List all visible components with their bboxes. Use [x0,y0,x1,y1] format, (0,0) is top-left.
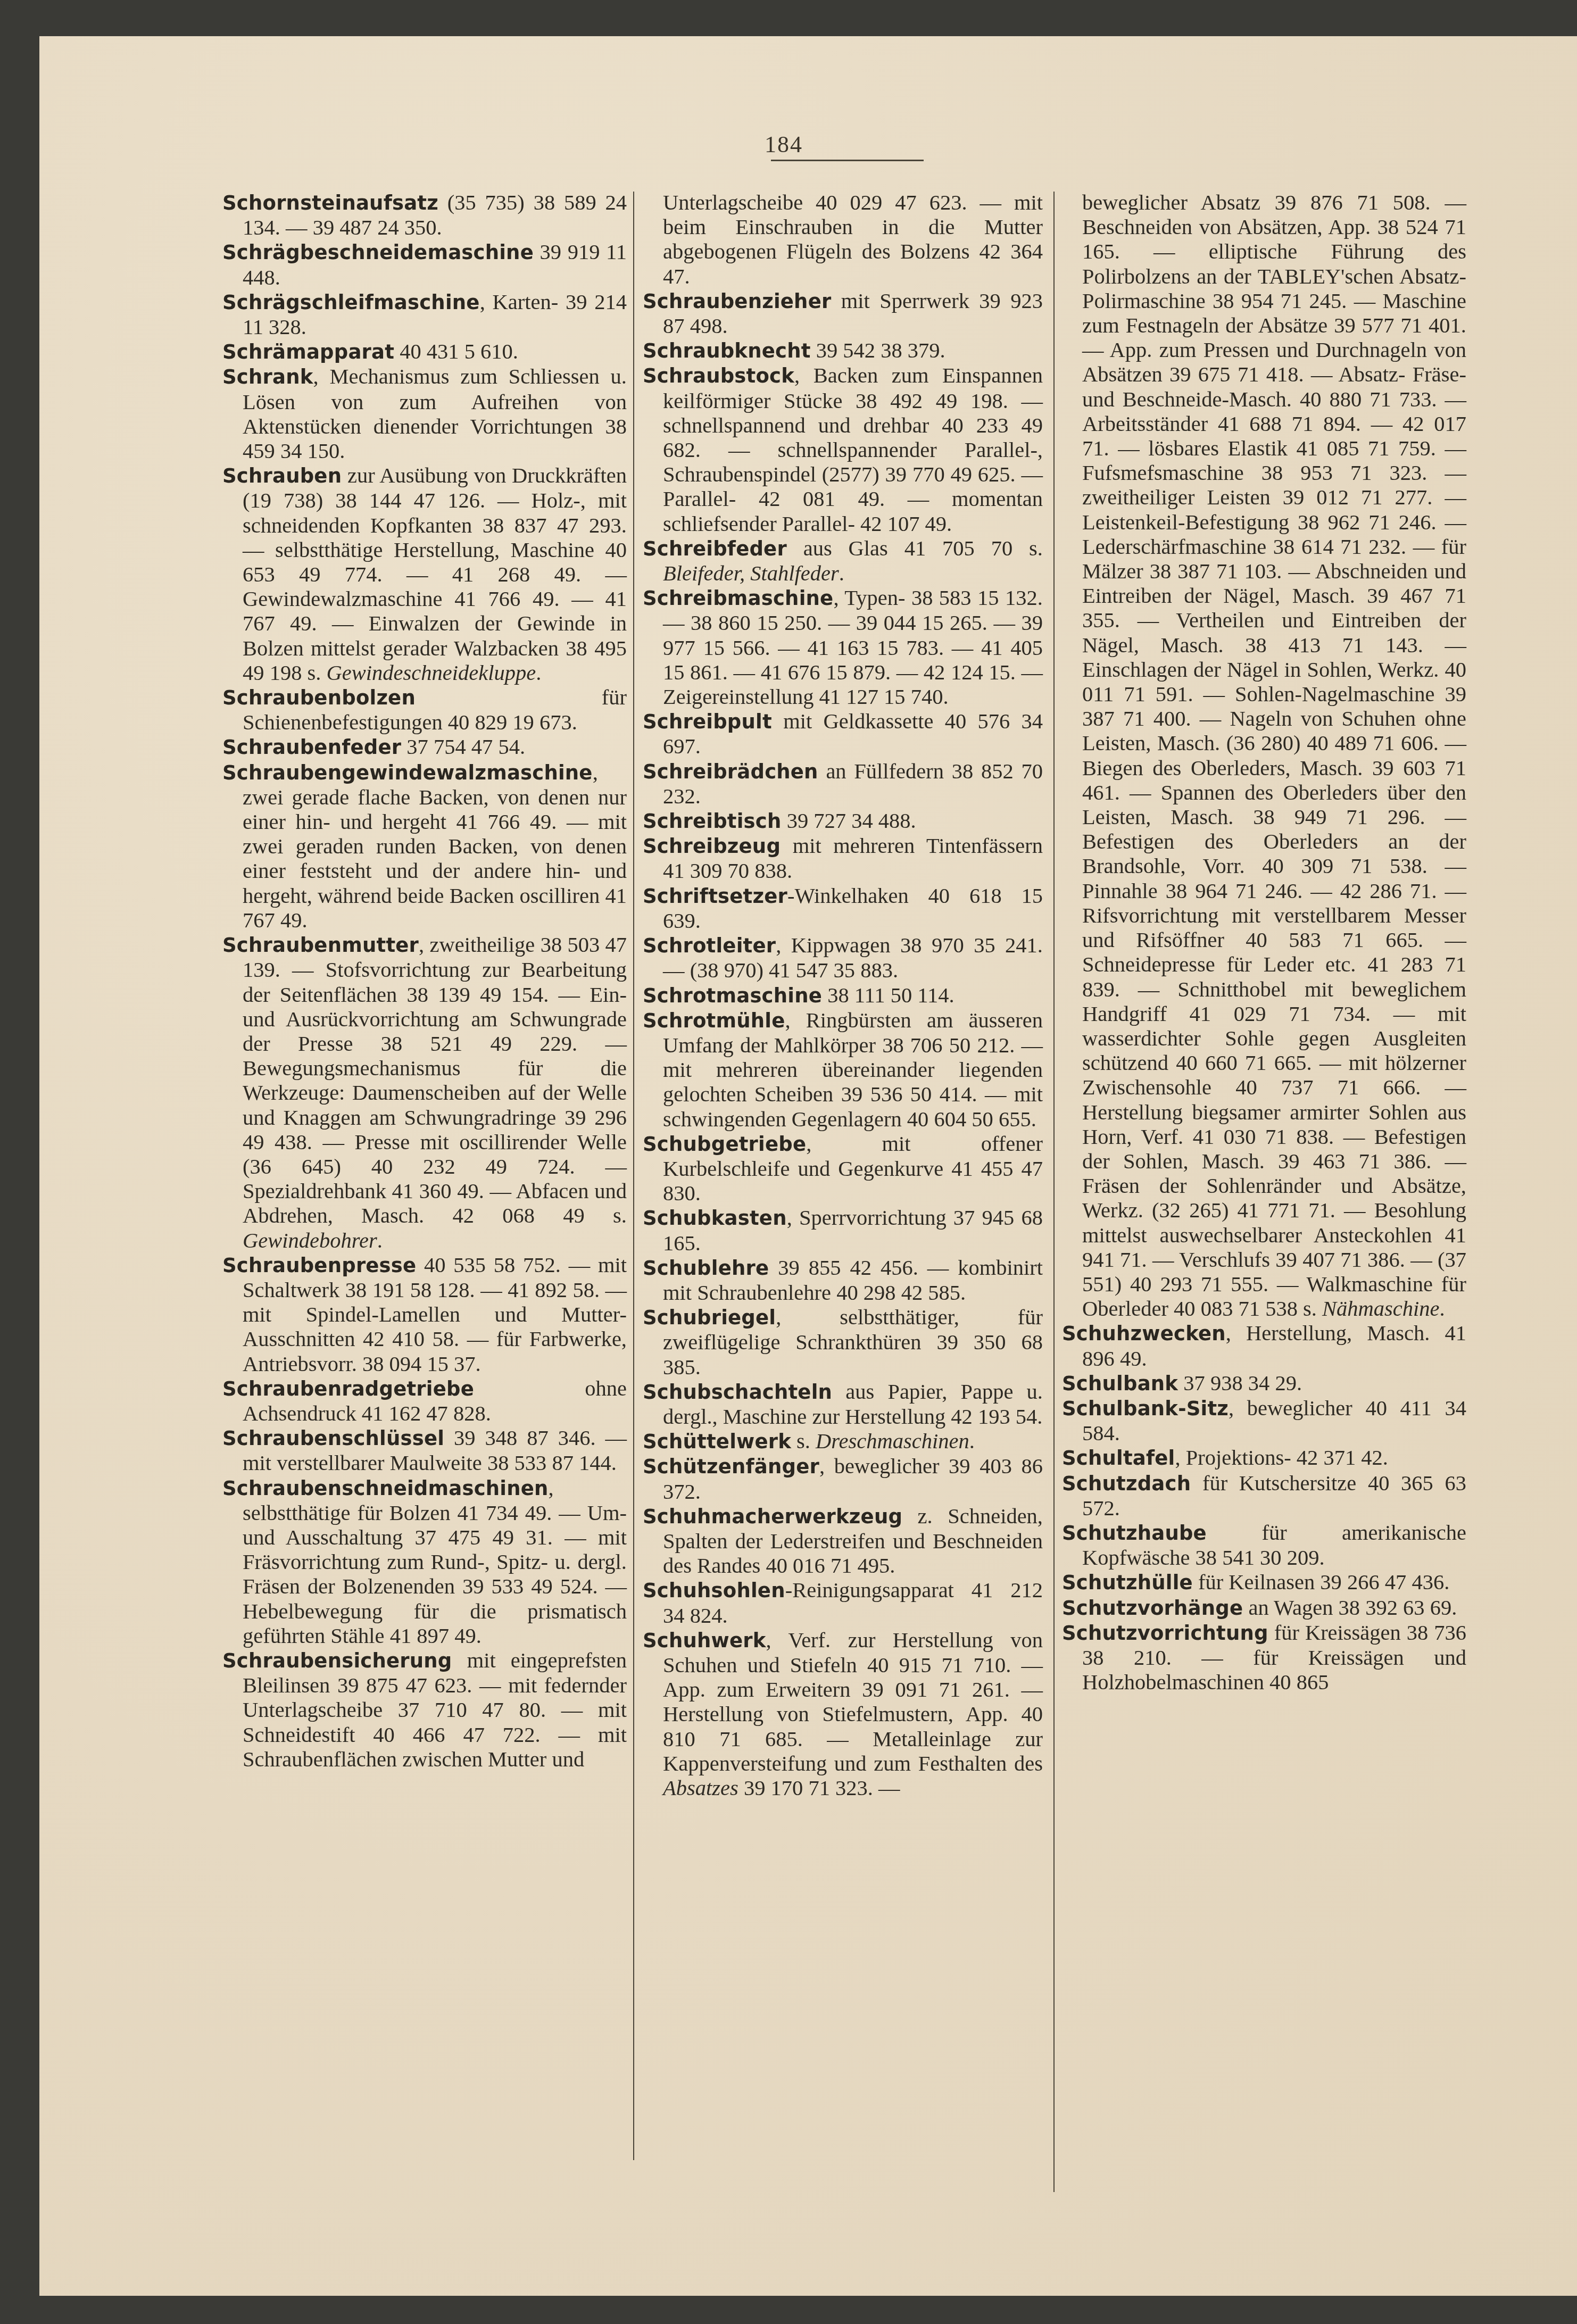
index-entry: Schublehre 39 855 42 456. — kombinirt mi… [643,1256,1043,1305]
index-entry: Schreibmaschine, Typen- 38 583 15 132. —… [643,586,1043,709]
entry-headword: Schulbank-Sitz [1062,1397,1229,1420]
entry-text: , zwei gerade flache Backen, von denen n… [243,760,627,932]
entry-text: 37 754 47 54. [401,735,525,759]
index-entry: Schreibtisch 39 727 34 488. [643,809,1043,834]
index-column-3: beweglicher Absatz 39 876 71 508. — Besc… [1062,190,1466,1695]
index-entry: Schraubenradgetriebe ohne Achsendruck 41… [222,1376,627,1426]
entry-text: , Backen zum Einspannen keilförmiger Stü… [663,363,1043,535]
index-entry: Schreibzeug mit mehreren Tintenfässern 4… [643,834,1043,883]
entry-headword: Schutzvorhänge [1062,1597,1243,1620]
index-entry: Schrämapparat 40 431 5 610. [222,339,627,364]
index-entry: Schultafel, Projektions- 42 371 42. [1062,1446,1466,1471]
page-number-text: 184 [765,131,803,157]
entry-headword: Schraubstock [643,364,794,387]
index-entry-continuation: Unterlagscheibe 40 029 47 623. — mit bei… [643,190,1043,289]
header-rule [771,160,924,161]
entry-headword: Schreibmaschine [643,587,833,610]
entry-headword: Schubgetriebe [643,1133,806,1156]
entry-headword: Schutzhaube [1062,1522,1207,1545]
index-entry: Schraubenschneidmaschinen, selbstthätige… [222,1476,627,1648]
index-column-1: Schornsteinaufsatz (35 735) 38 589 24 13… [222,190,627,1772]
index-entry: Schutzhaube für amerikanische Kopfwäsche… [1062,1521,1466,1570]
entry-headword: Schubkasten [643,1207,787,1230]
page-number: 184 [39,131,1577,158]
index-entry: Schrank, Mechanismus zum Schliessen u. L… [222,364,627,463]
index-entry: Schuhmacherwerkzeug z. Schneiden, Spalte… [643,1504,1043,1579]
entry-headword: Schubriegel [643,1306,776,1329]
entry-headword: Schuhwerk [643,1629,766,1652]
entry-headword: Schrotleiter [643,934,776,957]
index-entry: Schrotmaschine 38 111 50 114. [643,983,1043,1008]
index-entry: Schrägbeschneidemaschine 39 919 11 448. [222,240,627,289]
index-entry: Schüttelwerk s. Dreschmaschinen. [643,1429,1043,1454]
entry-headword: Schrauben [222,464,342,487]
entry-text: 37 938 34 29. [1178,1371,1302,1395]
entry-text: zur Ausübung von Druckkräften (19 738) 3… [243,463,627,685]
index-entry: Schrotmühle, Ringbürsten am äusseren Umf… [643,1008,1043,1132]
entry-headword: Schreibtisch [643,810,782,833]
index-entry: Schraubstock, Backen zum Einspannen keil… [643,363,1043,536]
index-entry-continuation: beweglicher Absatz 39 876 71 508. — Besc… [1062,190,1466,1321]
entry-headword: Schrank [222,366,313,388]
entry-tail: . [536,661,541,685]
entry-text: für Keilnasen 39 266 47 436. [1193,1570,1450,1594]
index-entry: Schuhwerk, Verf. zur Herstellung von Sch… [643,1628,1043,1800]
index-entry: Schutzdach für Kutschersitze 40 365 63 5… [1062,1471,1466,1521]
entry-text: 39 542 38 379. [811,338,945,362]
index-entry: Schubkasten, Sperrvorrichtung 37 945 68 … [643,1206,1043,1255]
entry-headword: Schraubenzieher [643,290,831,313]
entry-headword: Schutzhülle [1062,1571,1193,1594]
entry-headword: Schraubenmutter [222,934,419,957]
entry-text: , selbstthätige für Bolzen 41 734 49. — … [243,1476,627,1648]
entry-tail: . [1440,1297,1445,1321]
entry-tail: . [969,1429,975,1453]
index-entry: Schreibfeder aus Glas 41 705 70 s. Bleif… [643,536,1043,586]
entry-tail: . [377,1229,383,1252]
entry-text: s. [791,1429,816,1453]
entry-headword: Schraubengewindewalzmaschine [222,761,593,784]
entry-headword: Schraubenfeder [222,736,401,759]
entry-headword: Schuhsohlen [643,1579,785,1602]
index-entry: Schubgetriebe, mit offener Kurbelschleif… [643,1132,1043,1206]
column-divider [633,192,634,2160]
entry-text: Unterlagscheibe 40 029 47 623. — mit bei… [663,190,1043,288]
entry-headword: Schraubenschlüssel [222,1427,444,1450]
entry-headword: Schüttelwerk [643,1430,791,1453]
entry-headword: Schrämapparat [222,341,394,363]
index-entry: Schulbank-Sitz, beweglicher 40 411 34 58… [1062,1396,1466,1446]
entry-headword: Schreibzeug [643,835,781,858]
index-entry: Schornsteinaufsatz (35 735) 38 589 24 13… [222,190,627,240]
index-entry: Schubriegel, selbstthätiger, für zweiflü… [643,1305,1043,1380]
index-entry: Schraubenbolzen für Schienenbefestigunge… [222,685,627,735]
index-entry: Schrotleiter, Kippwagen 38 970 35 241. —… [643,933,1043,983]
entry-cross-reference: Dreschmaschinen [816,1429,969,1453]
index-entry: Schreibrädchen an Füllfedern 38 852 70 2… [643,759,1043,809]
index-entry: Schutzvorrichtung für Kreissägen 38 736 … [1062,1621,1466,1695]
index-page: 184 Schornsteinaufsatz (35 735) 38 589 2… [39,36,1577,2296]
entry-headword: Schrägschleifmaschine [222,291,480,314]
index-entry: Schützenfänger, beweglicher 39 403 86 37… [643,1454,1043,1504]
entry-headword: Schreibrädchen [643,760,818,783]
entry-headword: Schultafel [1062,1447,1175,1470]
index-entry: Schrägschleifmaschine, Karten- 39 214 11… [222,290,627,339]
index-entry: Schraubenmutter, zweitheilige 38 503 47 … [222,933,627,1253]
entry-headword: Schuhmacherwerkzeug [643,1505,902,1528]
entry-text: an Wagen 38 392 63 69. [1243,1596,1457,1620]
index-entry: Schuhzwecken, Herstellung, Masch. 41 896… [1062,1321,1466,1371]
entry-text: , Projektions- 42 371 42. [1175,1446,1388,1470]
entry-headword: Schrägbeschneidemaschine [222,241,534,264]
entry-headword: Schraubensicherung [222,1649,452,1672]
entry-tail: . [839,561,844,585]
entry-cross-reference: Bleifeder, Stahlfeder [663,561,839,585]
entry-headword: Schutzdach [1062,1472,1191,1495]
entry-headword: Schutzvorrichtung [1062,1622,1268,1645]
entry-headword: Schreibpult [643,710,772,733]
entry-headword: Schraubknecht [643,339,811,362]
index-entry: Schraubenfeder 37 754 47 54. [222,735,627,760]
entry-text: 39 727 34 488. [782,809,916,833]
index-entry: Schraubenzieher mit Sperrwerk 39 923 87 … [643,289,1043,338]
entry-headword: Schriftsetzer [643,885,787,908]
entry-cross-reference: Nähmaschine [1322,1297,1439,1321]
index-column-2: Unterlagscheibe 40 029 47 623. — mit bei… [643,190,1043,1800]
entry-headword: Schraubenschneidmaschinen [222,1477,549,1500]
entry-text: 40 431 5 610. [394,339,518,363]
entry-headword: Schuhzwecken [1062,1322,1226,1345]
entry-headword: Schrotmühle [643,1009,785,1032]
entry-tail: 39 170 71 323. — [738,1776,900,1800]
entry-headword: Schreibfeder [643,537,787,560]
index-entry: Schutzvorhänge an Wagen 38 392 63 69. [1062,1596,1466,1621]
index-entry: Schraubengewindewalzmaschine, zwei gerad… [222,760,627,933]
column-divider [1053,192,1055,2192]
entry-headword: Schulbank [1062,1372,1178,1395]
index-entry: Schreibpult mit Geldkassette 40 576 34 6… [643,709,1043,759]
entry-text: 38 111 50 114. [822,983,954,1007]
index-entry: Schraubensicherung mit eingeprefsten Ble… [222,1648,627,1772]
entry-cross-reference: Gewindebohrer [243,1229,377,1252]
entry-headword: Schublehre [643,1257,769,1280]
index-entry: Schraubenpresse 40 535 58 752. — mit Sch… [222,1253,627,1376]
index-entry: Schubschachteln aus Papier, Pappe u. der… [643,1380,1043,1429]
index-entry: Schrauben zur Ausübung von Druckkräften … [222,463,627,685]
entry-text: beweglicher Absatz 39 876 71 508. — Besc… [1082,190,1466,1321]
entry-headword: Schraubenradgetriebe [222,1377,474,1400]
entry-cross-reference: Gewindeschneidekluppe [327,661,536,685]
entry-text: aus Glas 41 705 70 s. [787,536,1043,560]
entry-headword: Schraubenbolzen [222,686,416,709]
entry-headword: Schraubenpresse [222,1254,416,1277]
index-entry: Schutzhülle für Keilnasen 39 266 47 436. [1062,1570,1466,1595]
index-entry: Schriftsetzer-Winkelhaken 40 618 15 639. [643,884,1043,933]
entry-cross-reference: Absatzes [663,1776,738,1800]
entry-headword: Schubschachteln [643,1381,832,1404]
entry-headword: Schützenfänger [643,1455,819,1478]
entry-headword: Schornsteinaufsatz [222,192,438,214]
index-entry: Schulbank 37 938 34 29. [1062,1371,1466,1396]
index-entry: Schraubknecht 39 542 38 379. [643,338,1043,363]
entry-headword: Schrotmaschine [643,984,822,1007]
index-entry: Schraubenschlüssel 39 348 87 346. — mit … [222,1426,627,1475]
index-entry: Schuhsohlen-Reinigungsapparat 41 212 34 … [643,1578,1043,1628]
entry-text: , zweitheilige 38 503 47 139. — Stofsvor… [243,933,627,1227]
